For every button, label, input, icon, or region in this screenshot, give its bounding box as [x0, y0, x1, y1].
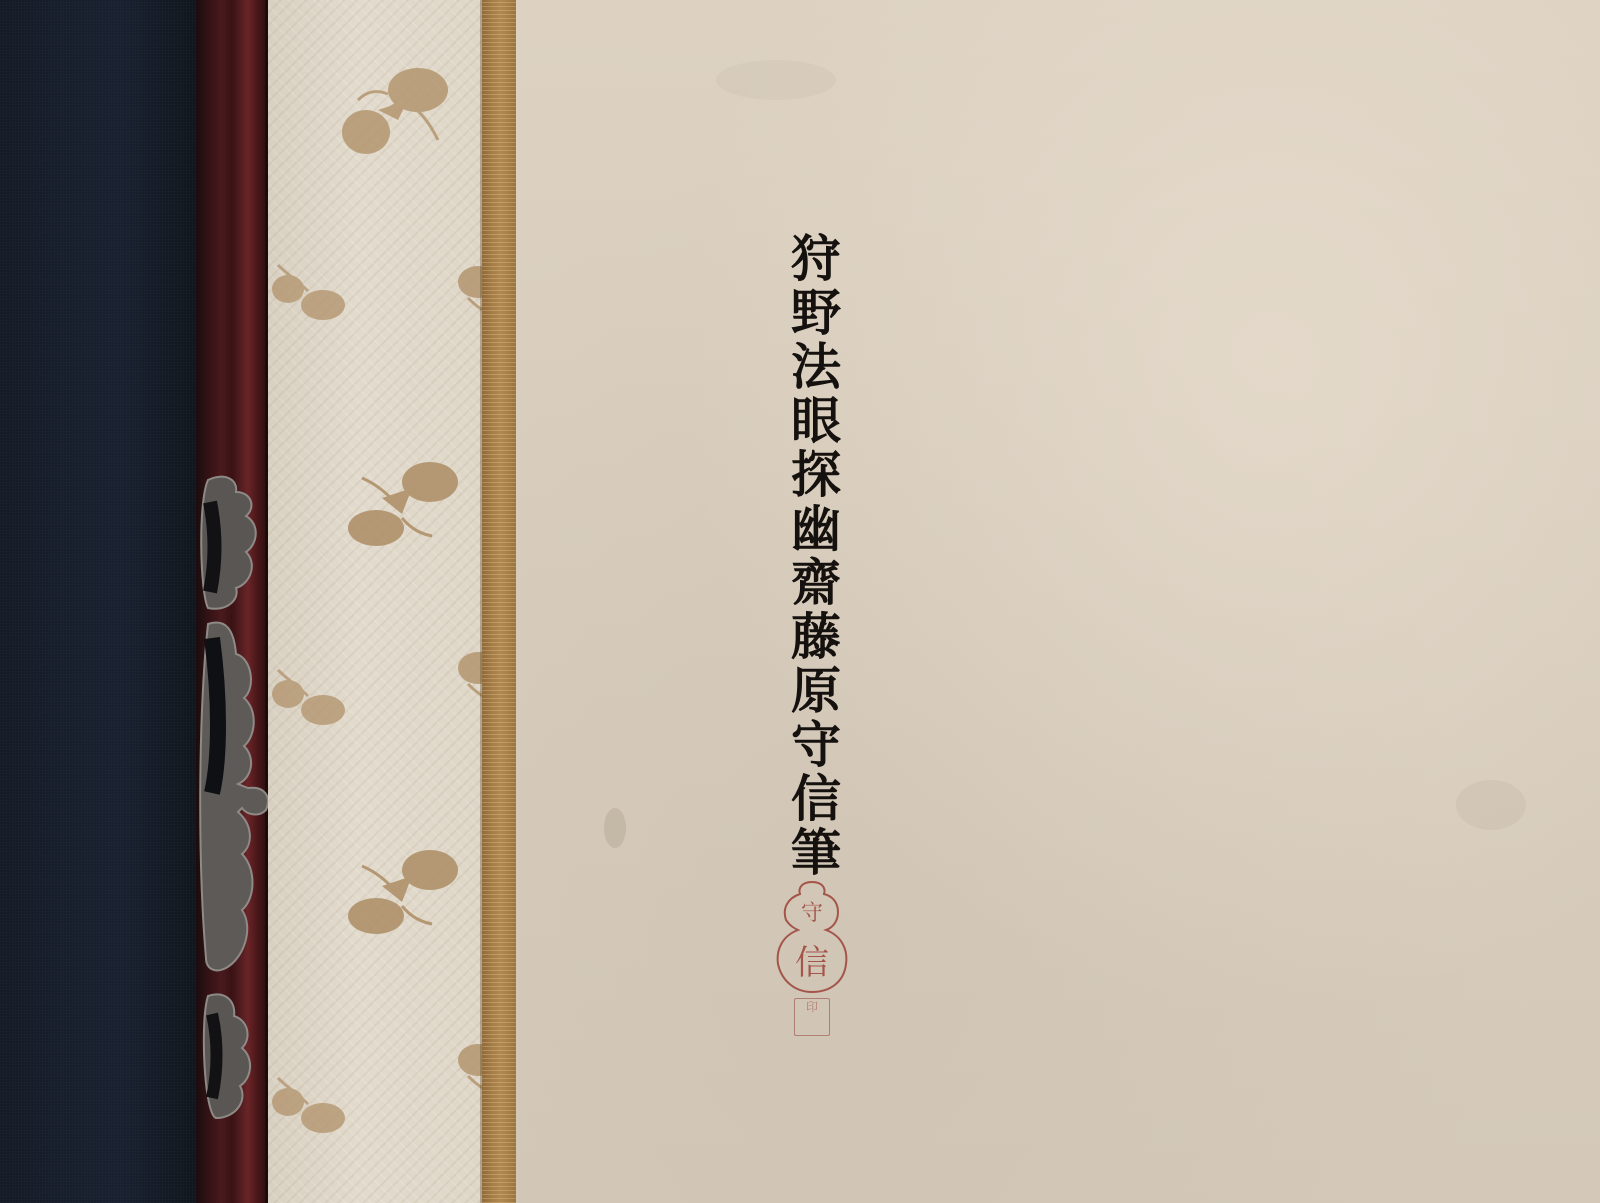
- small-square-seal: 印: [794, 998, 830, 1036]
- paper-stain: [604, 808, 626, 848]
- butterfly-brocade-border: [268, 0, 492, 1203]
- paper-surface: [516, 0, 1600, 1203]
- hinge-icon: [186, 472, 276, 617]
- gold-mounting-strip: [482, 0, 516, 1203]
- butterfly-motif-icon: [268, 1068, 358, 1138]
- signature-char: 幽: [784, 502, 848, 556]
- signature-char: 筆: [784, 826, 848, 880]
- butterfly-motif-icon: [268, 660, 358, 730]
- signature-char: 信: [784, 772, 848, 826]
- butterfly-motif-icon: [268, 255, 358, 325]
- gourd-seal-icon: 守 信: [772, 878, 852, 996]
- butterfly-motif-icon: [342, 846, 462, 936]
- svg-text:信: 信: [795, 943, 829, 983]
- hinge-icon: [186, 618, 276, 978]
- signature-char: 法: [784, 340, 848, 394]
- signature-char: 藤: [784, 610, 848, 664]
- signature-char: 探: [784, 448, 848, 502]
- signature-char: 野: [784, 286, 848, 340]
- signature-char: 原: [784, 664, 848, 718]
- signature-char: 守: [784, 718, 848, 772]
- svg-text:守: 守: [801, 901, 823, 926]
- artist-signature: 狩 野 法 眼 探 幽 齋 藤 原 守 信 筆: [784, 232, 848, 880]
- butterfly-motif-icon: [342, 458, 462, 548]
- paper-stain: [1456, 780, 1526, 830]
- signature-char: 齋: [784, 556, 848, 610]
- signature-char: 眼: [784, 394, 848, 448]
- paper-stain: [716, 60, 836, 100]
- signature-char: 狩: [784, 232, 848, 286]
- butterfly-motif-icon: [318, 60, 458, 170]
- folding-screen-photo: 狩 野 法 眼 探 幽 齋 藤 原 守 信 筆 守 信 印: [0, 0, 1600, 1203]
- hinge-icon: [186, 990, 276, 1125]
- navy-backing-fabric: [0, 0, 198, 1203]
